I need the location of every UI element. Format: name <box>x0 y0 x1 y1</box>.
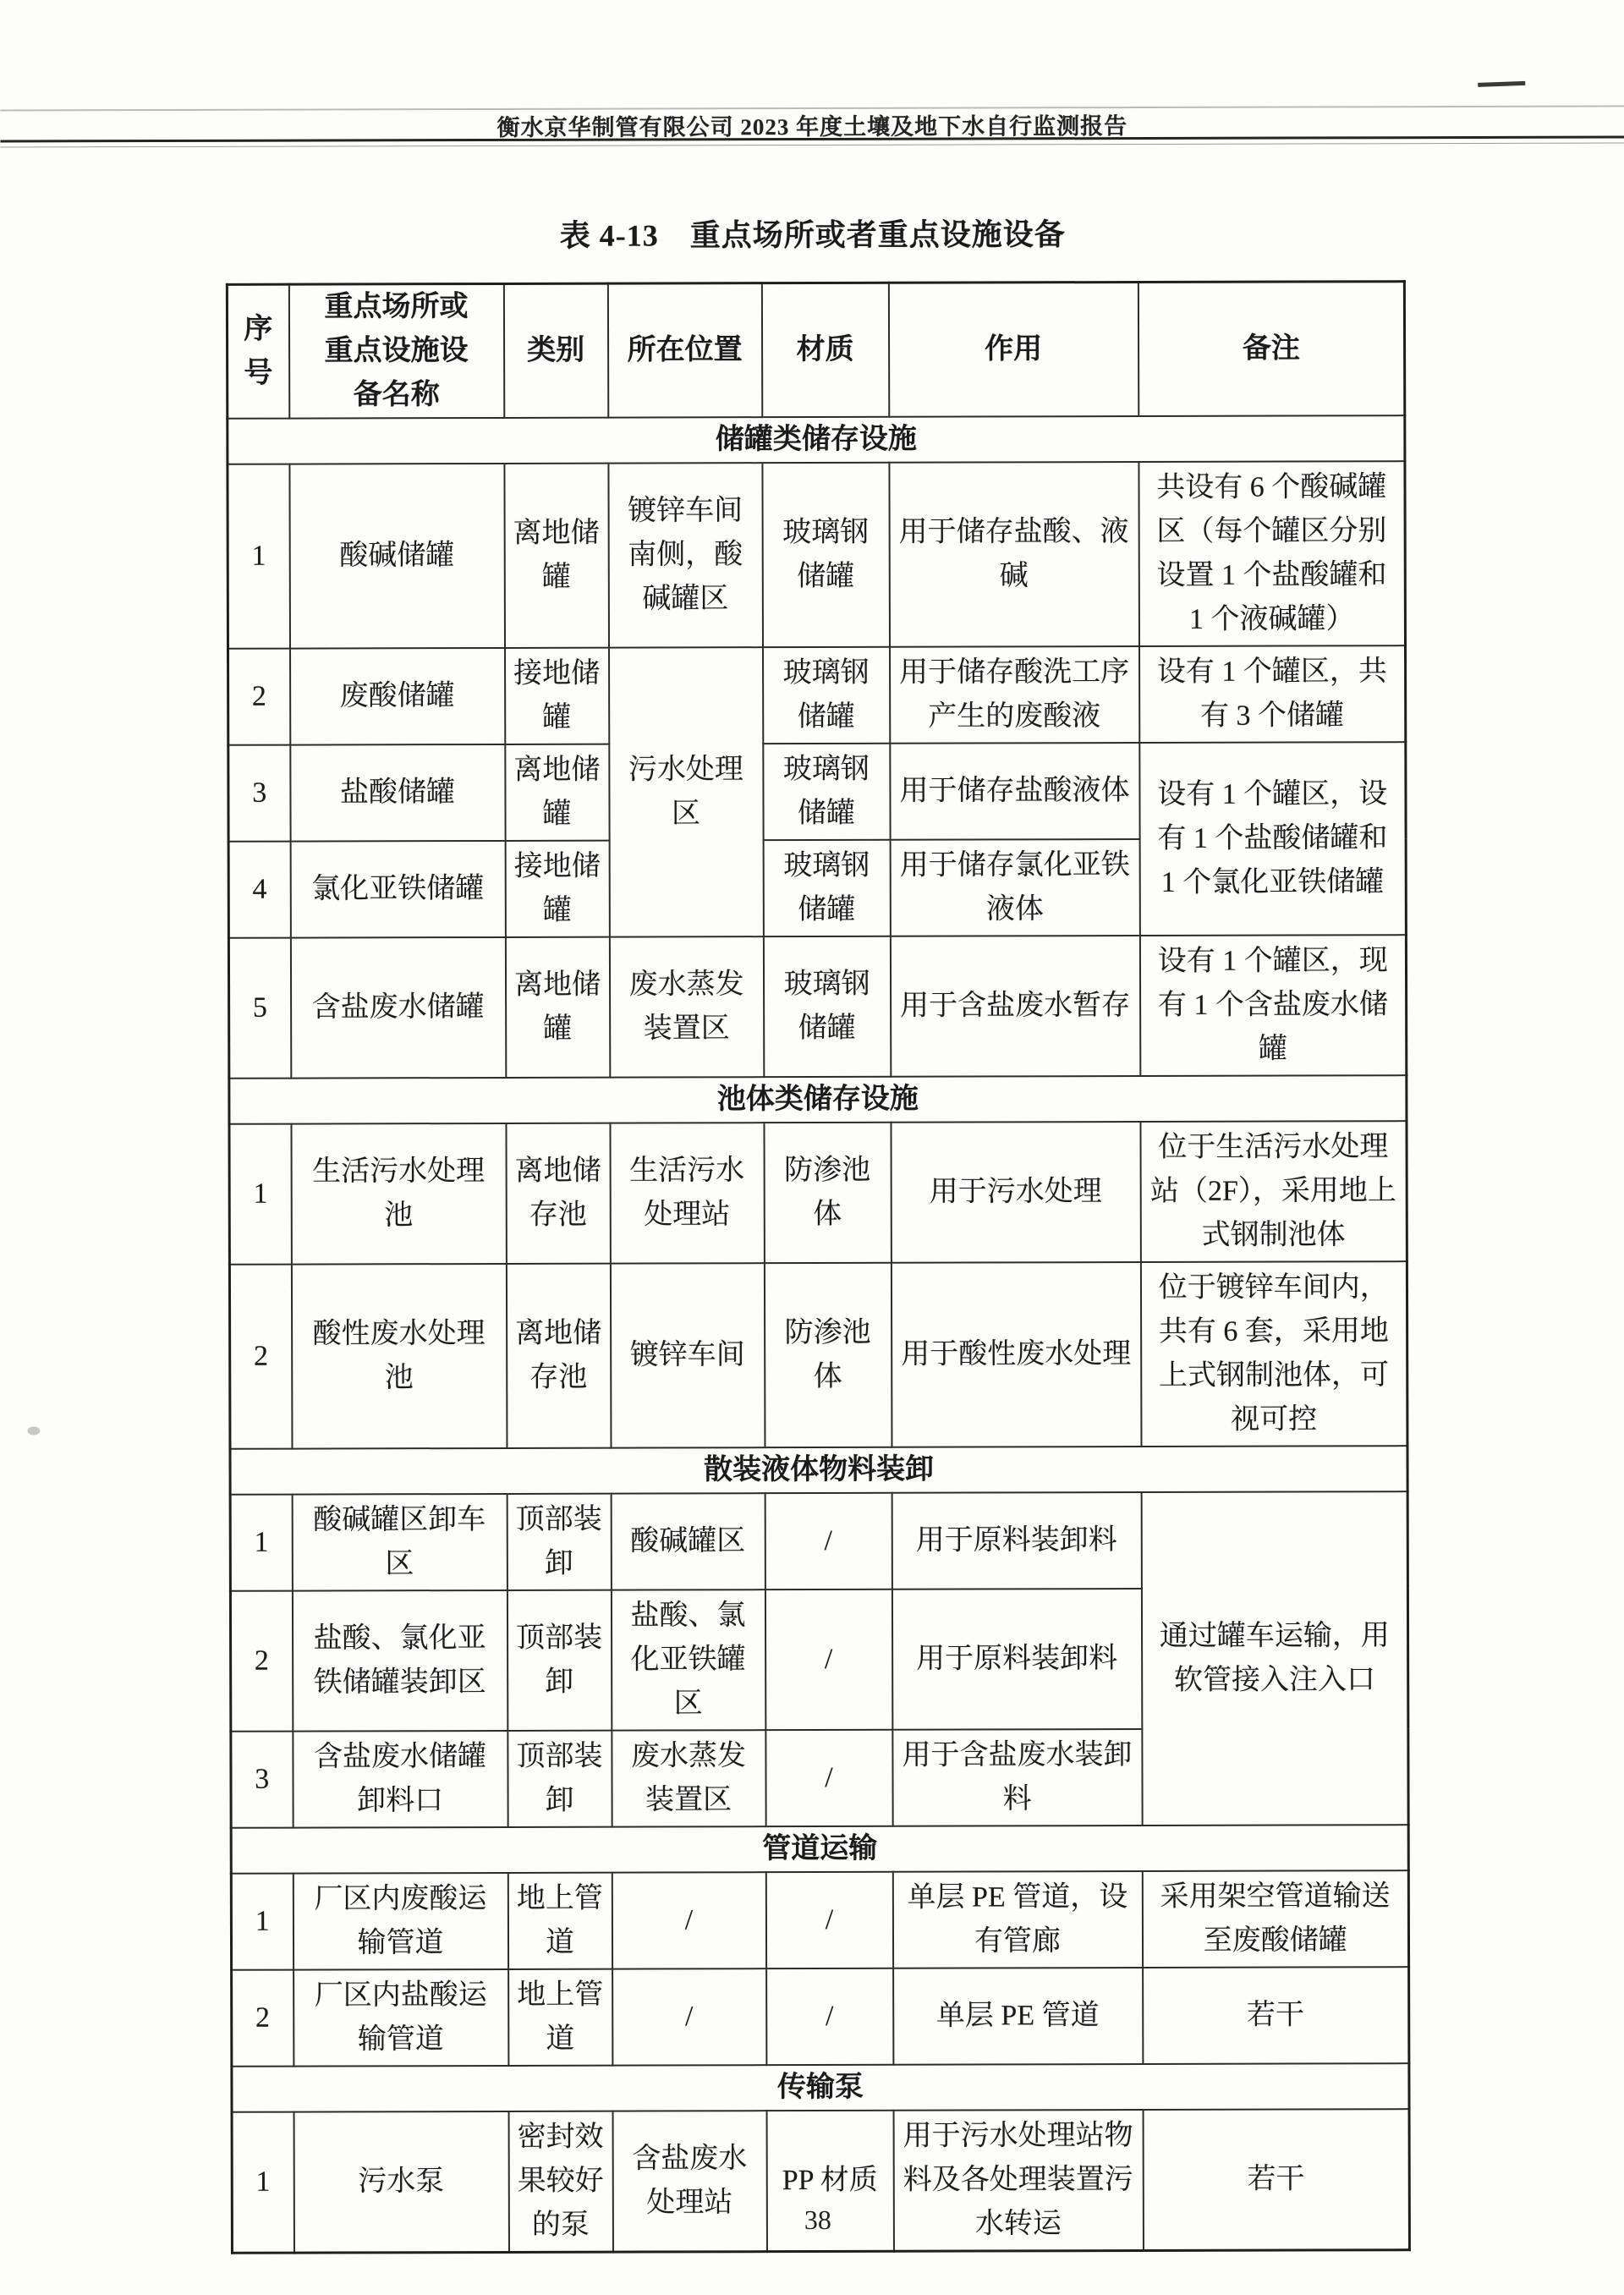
table-cell: 离地储罐 <box>504 464 609 648</box>
table-cell: 污水处理区 <box>609 647 764 936</box>
table-cell: 玻璃钢储罐 <box>763 936 890 1077</box>
row-index-cell: 1 <box>229 1124 291 1265</box>
section-heading-cell: 散装液体物料装卸 <box>230 1446 1407 1495</box>
column-header-row: 序号重点场所或重点设施设备名称类别所在位置材质作用备注 <box>227 282 1404 419</box>
table-cell: 离地储存池 <box>506 1123 610 1264</box>
table-cell: 若干 <box>1143 1967 1409 2064</box>
table-header: 序号重点场所或重点设施设备名称类别所在位置材质作用备注 <box>227 282 1404 419</box>
table-cell: 用于储存氯化亚铁液体 <box>890 839 1139 936</box>
table-row: 1酸碱储罐离地储罐镀锌车间南侧，酸碱罐区玻璃钢储罐用于储存盐酸、液碱共设有 6 … <box>228 461 1406 649</box>
table-row: 2酸性废水处理池离地储存池镀锌车间防渗池体用于酸性废水处理位于镀锌车间内，共有 … <box>229 1261 1407 1449</box>
table-cell: 接地储罐 <box>505 648 609 744</box>
row-index-cell: 5 <box>228 938 290 1079</box>
column-header-cell: 作用 <box>888 282 1138 416</box>
row-index-cell: 2 <box>228 649 290 745</box>
table-container: 序号重点场所或重点设施设备名称类别所在位置材质作用备注 储罐类储存设施1酸碱储罐… <box>226 280 1408 2254</box>
table-cell: 用于储存盐酸、液碱 <box>889 462 1139 647</box>
section-heading-row: 管道运输 <box>231 1825 1408 1874</box>
table-cell: 含盐废水储罐卸料口 <box>293 1731 507 1828</box>
key-facilities-table: 序号重点场所或重点设施设备名称类别所在位置材质作用备注 储罐类储存设施1酸碱储罐… <box>226 280 1411 2254</box>
column-header-cell: 材质 <box>761 283 888 417</box>
column-header-cell: 所在位置 <box>607 283 761 418</box>
section-heading-row: 池体类储存设施 <box>229 1075 1407 1124</box>
table-cell: 用于污水处理 <box>891 1122 1140 1263</box>
table-cell: 酸碱储罐 <box>289 464 505 649</box>
table-cell: 玻璃钢储罐 <box>762 463 890 647</box>
table-cell: 盐酸、氯化亚铁罐区 <box>611 1589 765 1730</box>
table-cell: 镀锌车间 <box>610 1263 765 1447</box>
table-cell: 用于储存酸洗工序产生的废酸液 <box>890 646 1139 744</box>
table-cell: / <box>612 1872 765 1968</box>
table-cell: 玻璃钢储罐 <box>763 647 890 744</box>
table-cell: 离地储罐 <box>505 744 609 841</box>
table-cell: 离地储罐 <box>505 937 609 1078</box>
scan-speck <box>27 1426 40 1435</box>
table-cell: 酸碱罐区卸车区 <box>292 1494 507 1591</box>
table-cell: 盐酸、氯化亚铁储罐装卸区 <box>292 1590 507 1732</box>
document-page: 衡水京华制管有限公司 2023 年度土壤及地下水自行监测报告 表 4-13 重点… <box>0 0 1624 2295</box>
table-cell: / <box>765 1872 892 1968</box>
table-cell: 废酸储罐 <box>290 648 505 745</box>
row-index-cell: 4 <box>228 842 290 938</box>
row-index-cell: 2 <box>230 1591 292 1732</box>
table-cell: 设有 1 个罐区，现有 1 个含盐废水储罐 <box>1139 935 1406 1076</box>
row-index-cell: 1 <box>228 464 290 649</box>
table-title: 表 4-13 重点场所或者重点设施设备 <box>1 209 1624 256</box>
table-body: 储罐类储存设施1酸碱储罐离地储罐镀锌车间南侧，酸碱罐区玻璃钢储罐用于储存盐酸、液… <box>228 415 1410 2253</box>
section-heading-cell: 池体类储存设施 <box>229 1075 1407 1124</box>
table-cell: 地上管道 <box>507 1873 612 1969</box>
table-cell: 地上管道 <box>508 1969 612 2066</box>
header-divider-rule-thin <box>0 142 1624 147</box>
column-header-cell: 备注 <box>1138 282 1404 416</box>
table-cell: 厂区内盐酸运输管道 <box>294 1969 508 2067</box>
scan-artifact <box>1478 81 1525 87</box>
table-cell: 用于原料装卸料 <box>892 1492 1141 1589</box>
table-cell: 顶部装卸 <box>507 1590 611 1731</box>
section-heading-row: 储罐类储存设施 <box>228 415 1405 464</box>
table-cell: / <box>612 1968 766 2065</box>
table-cell: 玻璃钢储罐 <box>763 744 890 840</box>
row-index-cell: 1 <box>231 1874 293 1970</box>
section-heading-row: 散装液体物料装卸 <box>230 1446 1407 1495</box>
table-row: 5含盐废水储罐离地储罐废水蒸发装置区玻璃钢储罐用于含盐废水暂存设有 1 个罐区，… <box>228 935 1406 1079</box>
table-cell: 废水蒸发装置区 <box>612 1730 765 1826</box>
table-cell: / <box>766 1968 893 2065</box>
table-cell: 设有 1 个罐区，设有 1 个盐酸储罐和 1 个氯化亚铁储罐 <box>1139 742 1407 936</box>
table-cell: 防渗池体 <box>764 1123 891 1263</box>
table-cell: 顶部装卸 <box>507 1494 611 1590</box>
table-row: 1生活污水处理池离地储存池生活污水处理站防渗池体用于污水处理位于生活污水处理站（… <box>229 1121 1407 1265</box>
table-cell: 玻璃钢储罐 <box>763 840 890 936</box>
table-cell: 酸碱罐区 <box>611 1493 765 1589</box>
table-cell: 位于生活污水处理站（2F），采用地上式钢制池体 <box>1140 1121 1407 1262</box>
table-cell: 生活污水处理站 <box>610 1123 764 1263</box>
table-row: 1厂区内废酸运输管道地上管道//单层 PE 管道，设有管廊采用架空管道输送至废酸… <box>231 1870 1408 1970</box>
table-cell: / <box>765 1493 892 1589</box>
table-cell: 厂区内废酸运输管道 <box>293 1873 507 1970</box>
column-header-cell: 类别 <box>503 283 607 418</box>
table-cell: 含盐废水储罐 <box>290 937 505 1079</box>
table-cell: 用于含盐废水装卸料 <box>892 1729 1142 1826</box>
row-index-cell: 2 <box>229 1265 292 1449</box>
table-row: 2厂区内盐酸运输管道地上管道//单层 PE 管道若干 <box>232 1967 1409 2067</box>
table-cell: 共设有 6 个酸碱罐区（每个罐区分别设置 1 个盐酸罐和 1 个液碱罐） <box>1138 461 1406 646</box>
table-cell: 镀锌车间南侧，酸碱罐区 <box>608 463 763 647</box>
table-cell: 酸性废水处理池 <box>291 1264 507 1449</box>
section-heading-cell: 管道运输 <box>231 1825 1408 1874</box>
table-cell: 离地储存池 <box>506 1264 611 1448</box>
table-cell: 用于储存盐酸液体 <box>890 743 1139 840</box>
section-heading-cell: 传输泵 <box>232 2063 1409 2112</box>
row-index-cell: 3 <box>231 1732 293 1828</box>
row-index-cell: 2 <box>232 1970 294 2067</box>
table-cell: / <box>765 1730 892 1826</box>
table-cell: 设有 1 个罐区，共有 3 个储罐 <box>1139 645 1406 743</box>
table-cell: 盐酸储罐 <box>290 744 505 842</box>
table-cell: 生活污水处理池 <box>291 1123 506 1265</box>
table-cell: 防渗池体 <box>764 1263 892 1447</box>
table-cell: 废水蒸发装置区 <box>609 936 763 1077</box>
row-index-cell: 3 <box>228 745 290 842</box>
table-row: 3盐酸储罐离地储罐玻璃钢储罐用于储存盐酸液体设有 1 个罐区，设有 1 个盐酸储… <box>228 742 1406 842</box>
table-cell: 单层 PE 管道，设有管廊 <box>892 1871 1142 1968</box>
column-header-cell: 序号 <box>227 284 288 419</box>
table-cell: 用于原料装卸料 <box>892 1589 1141 1730</box>
table-row: 2废酸储罐接地储罐污水处理区玻璃钢储罐用于储存酸洗工序产生的废酸液设有 1 个罐… <box>228 645 1406 745</box>
table-cell: 用于含盐废水暂存 <box>890 936 1139 1077</box>
page-number: 38 <box>6 2202 1624 2237</box>
table-row: 1酸碱罐区卸车区顶部装卸酸碱罐区/用于原料装卸料通过罐车运输，用软管接入注入口 <box>230 1491 1407 1591</box>
table-cell: 单层 PE 管道 <box>893 1968 1143 2065</box>
table-cell: 位于镀锌车间内，共有 6 套，采用地上式钢制池体，可视可控 <box>1140 1261 1407 1447</box>
table-cell: 通过罐车运输，用软管接入注入口 <box>1141 1491 1408 1826</box>
table-cell: 氯化亚铁储罐 <box>290 841 505 938</box>
section-heading-cell: 储罐类储存设施 <box>228 415 1405 464</box>
table-cell: 接地储罐 <box>505 841 609 937</box>
table-cell: / <box>765 1589 892 1730</box>
section-heading-row: 传输泵 <box>232 2063 1409 2112</box>
row-index-cell: 1 <box>230 1495 292 1591</box>
column-header-cell: 重点场所或重点设施设备名称 <box>288 283 503 418</box>
table-cell: 顶部装卸 <box>507 1731 612 1827</box>
table-cell: 用于酸性废水处理 <box>891 1262 1141 1447</box>
table-cell: 采用架空管道输送至废酸储罐 <box>1142 1870 1408 1968</box>
